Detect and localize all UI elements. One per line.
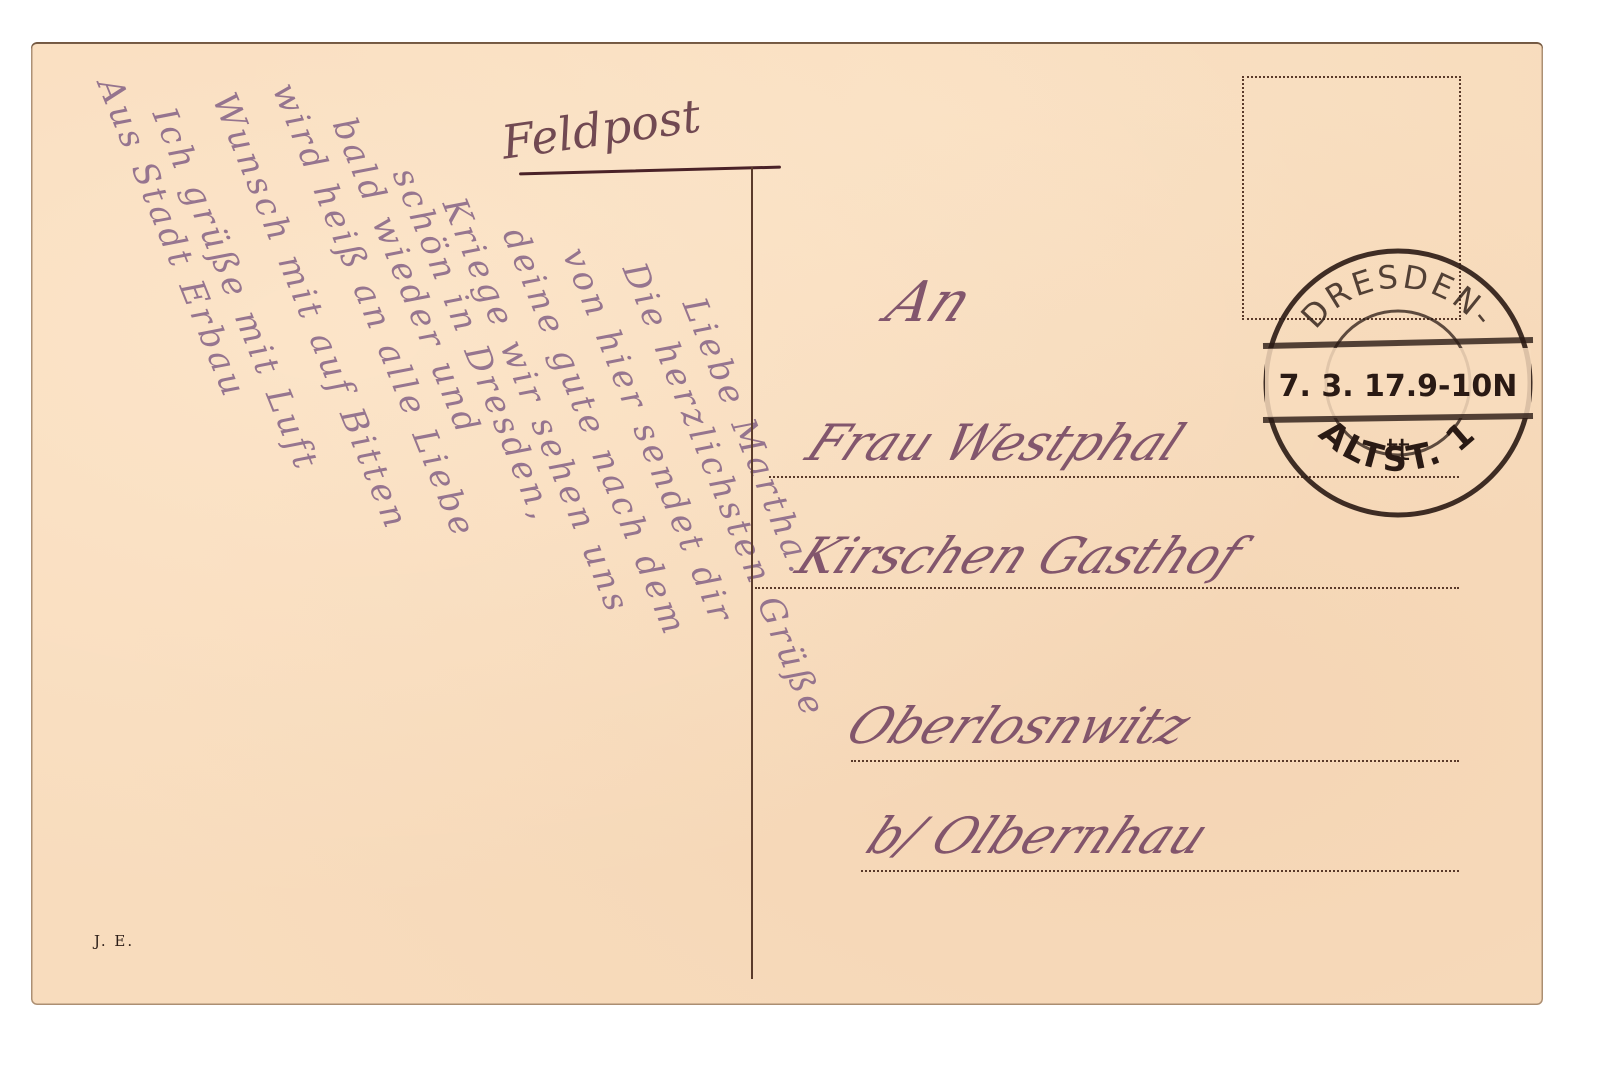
recipient-street: Kirschen Gasthof: [787, 527, 1251, 585]
recipient-salutation: An: [876, 270, 983, 335]
postmark-district: ALTST. 1: [1311, 412, 1484, 480]
postmark-city: DRESDEN-: [1293, 257, 1503, 335]
recipient-town: b/ Olbernhau: [857, 807, 1218, 865]
heading-underline: [519, 166, 781, 176]
dresden-postmark: DRESDEN- 7. 3. 17.9-10N tt ALTST. 1: [1253, 238, 1543, 528]
address-line-3: [851, 760, 1459, 762]
postcard-back: Aus Stadt Erbau Ich grüße mit Luft Wunsc…: [31, 42, 1543, 1005]
svg-text:ALTST. 1: ALTST. 1: [1311, 412, 1484, 480]
recipient-name: Frau Westphal: [797, 414, 1193, 472]
center-divider: [751, 167, 753, 979]
postmark-datetime: 7. 3. 17.9-10N: [1279, 369, 1518, 404]
address-line-2: [755, 587, 1459, 589]
recipient-locality: Oberlosnwitz: [837, 697, 1200, 755]
svg-text:DRESDEN-: DRESDEN-: [1293, 257, 1503, 335]
address-line-4: [861, 870, 1459, 872]
publisher-imprint: J. E.: [94, 932, 134, 950]
feldpost-heading: Feldpost: [498, 88, 704, 169]
